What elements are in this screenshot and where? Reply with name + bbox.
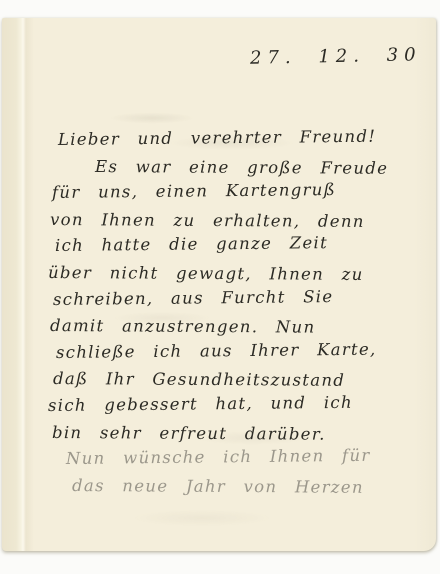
letter-line: Nun wünsche ich Ihnen für [66,445,436,475]
letter-line: Lieber und verehrter Freund! [58,126,436,157]
letter-body: Lieber und verehrter Freund! Es war eine… [2,130,436,502]
letter-line: sich gebessert hat, und ich [48,392,436,423]
letter-date: 27. 12. 30 [250,44,422,69]
letter-line: ich hatte die ganze Zeit [55,232,436,263]
letter-sheet: 27. 12. 30 Lieber und verehrter Freund! … [2,18,436,551]
letter-line: schließe ich aus Ihrer Karte, [56,339,436,370]
letter-line: für uns, einen Kartengruß [52,179,436,210]
letter-line: das neue Jahr von Herzen [72,476,436,505]
letter-line: schreiben, aus Furcht Sie [53,286,436,317]
scanned-letter-page: 27. 12. 30 Lieber und verehrter Freund! … [0,0,440,574]
